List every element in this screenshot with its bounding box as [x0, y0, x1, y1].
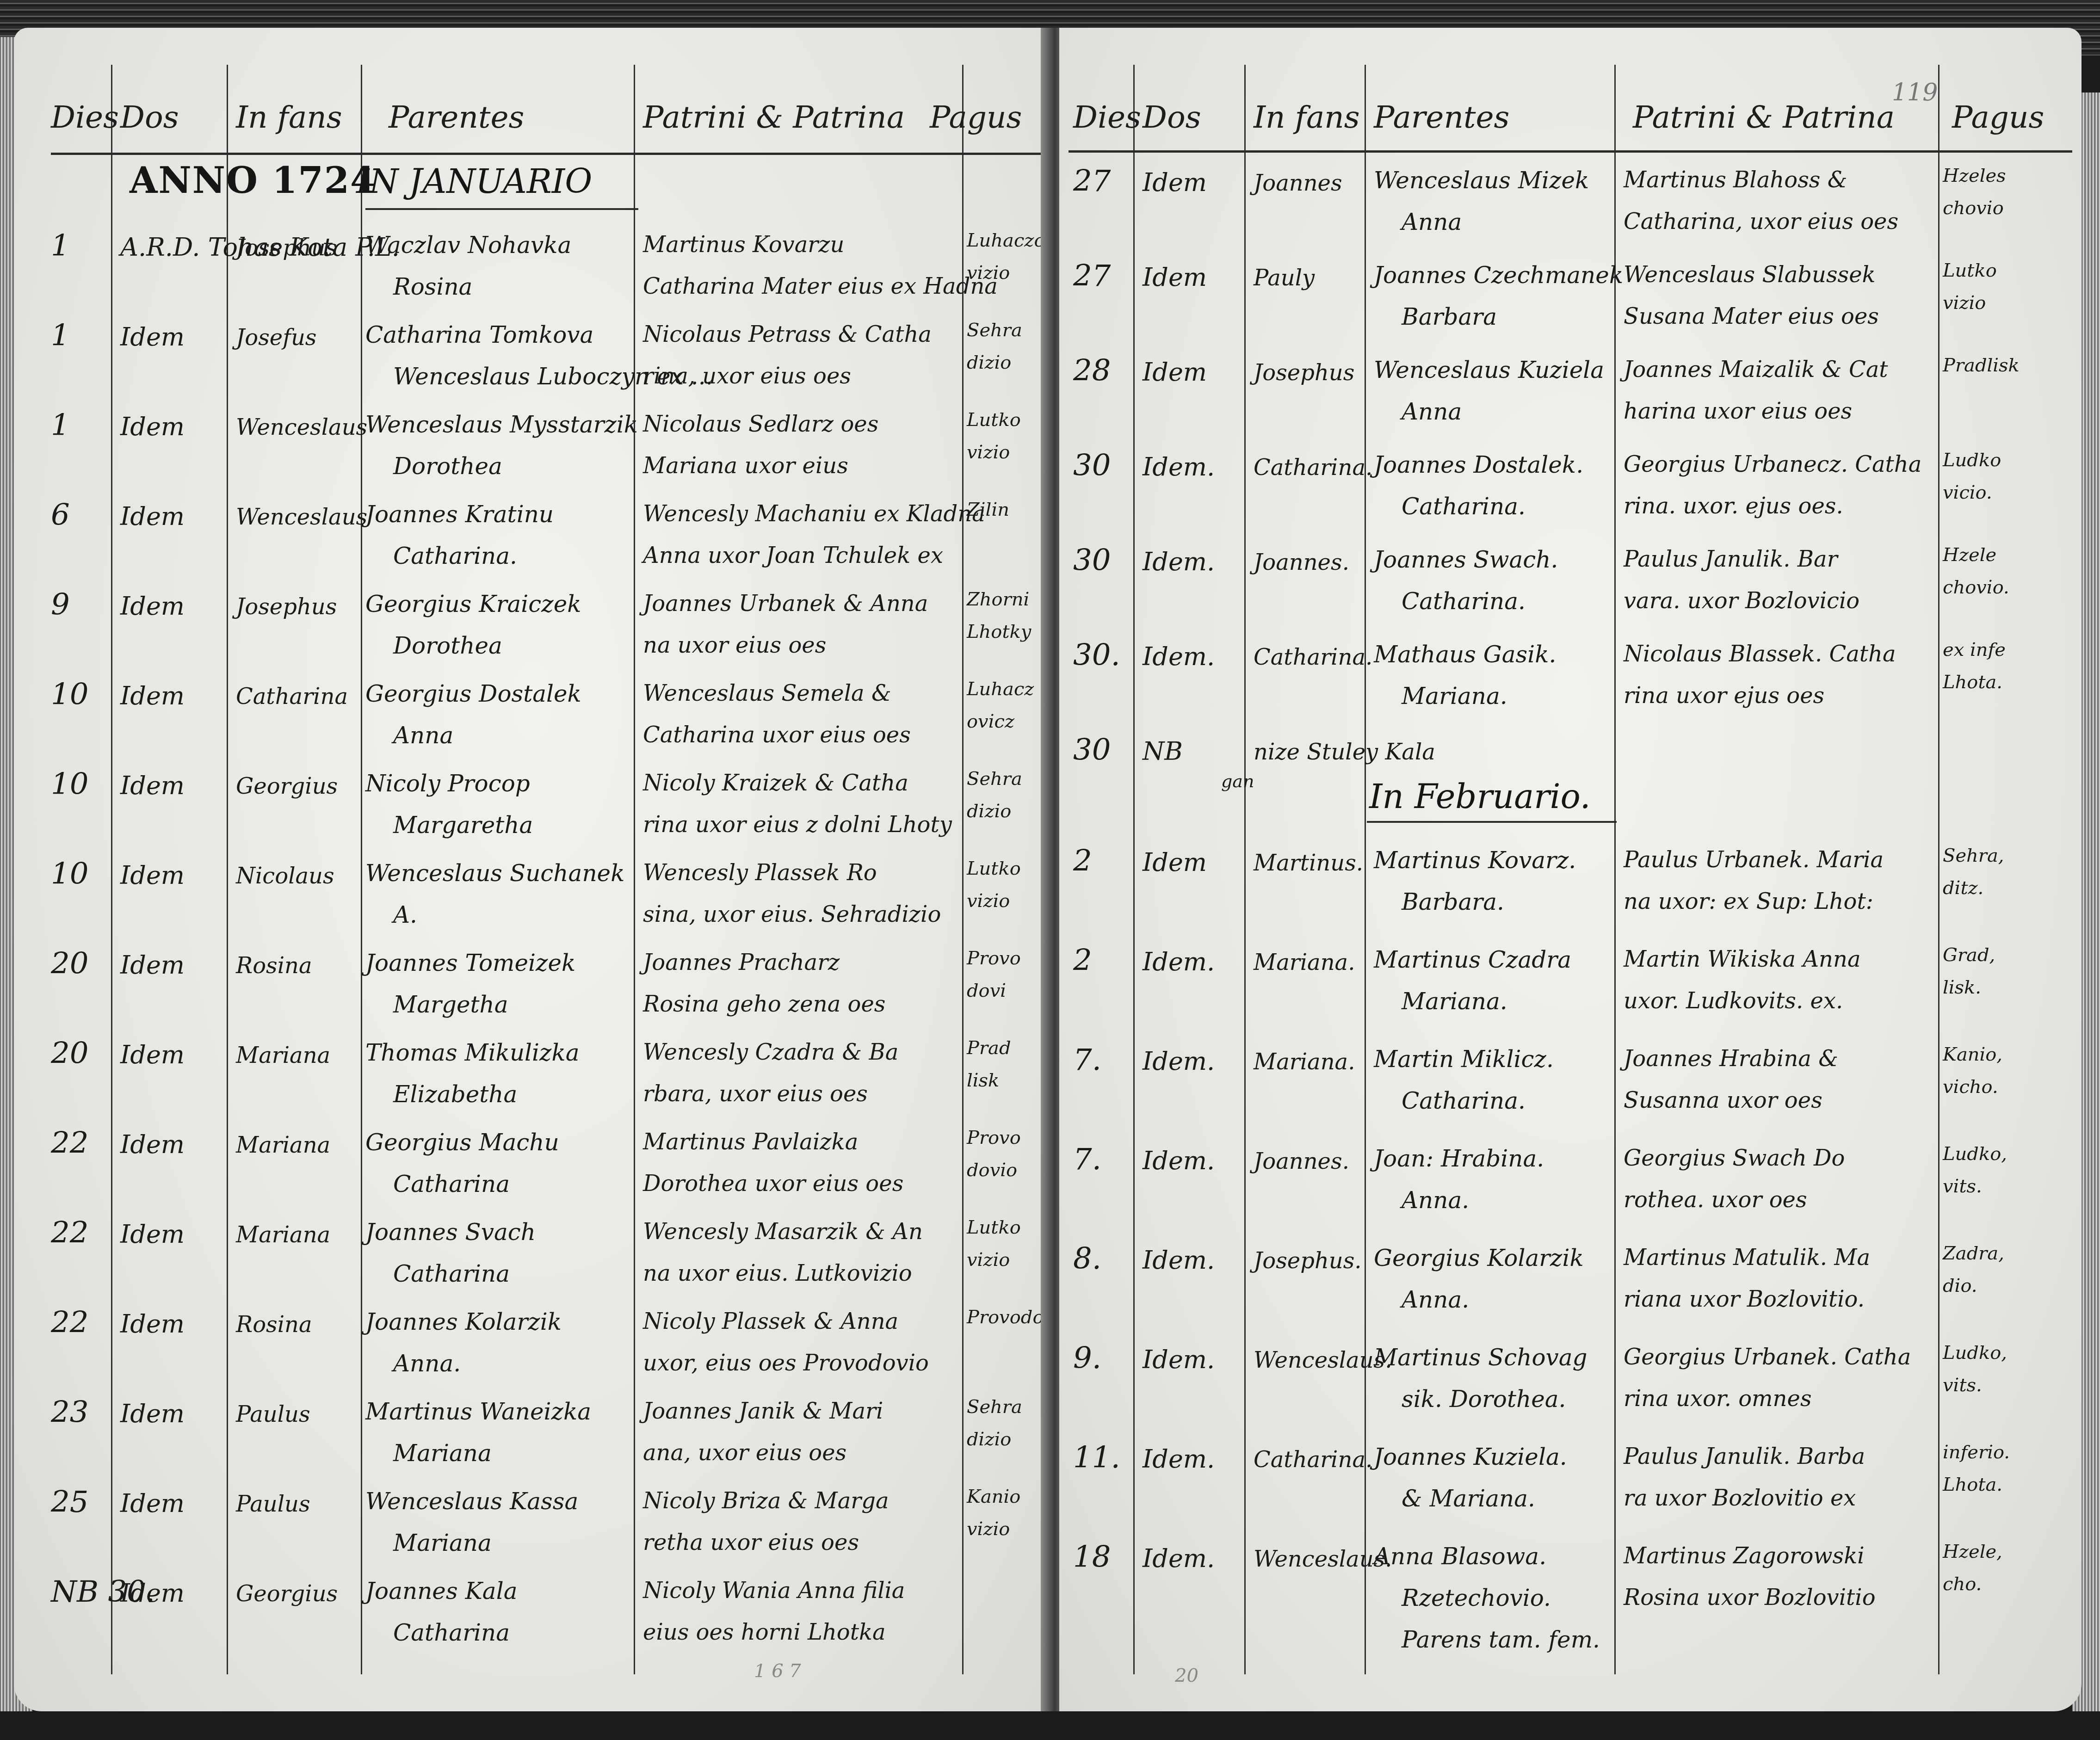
infant-cell: Mariana. [1254, 1051, 1355, 1073]
column-divider [111, 65, 112, 1674]
parent-line: Elizabetha [393, 1083, 517, 1106]
infant-cell: Wenceslaus. [1254, 1548, 1392, 1570]
header-dos: Dos [120, 99, 179, 135]
village-cell: Provo [967, 949, 1021, 968]
village-cell: Lutko [967, 411, 1021, 429]
parent-line: Martinus Czadra [1374, 948, 1571, 971]
village-cell: Kanio, [1943, 1045, 2002, 1064]
parent-line: Mariana. [1402, 990, 1507, 1013]
sponsor-line: Joannes Maizalik & Cat [1624, 358, 1888, 381]
village-cell: Kanio [967, 1487, 1020, 1506]
dos-cell: NB [1143, 739, 1183, 764]
village-cell: Provo [967, 1129, 1021, 1147]
header-dies: Dies [1073, 99, 1141, 135]
sponsor-line: Martin Wikiska Anna [1624, 948, 1861, 970]
parent-line: Anna [393, 724, 453, 747]
parent-line: sik. Dorothea. [1402, 1388, 1566, 1411]
sponsor-line: uxor, eius oes Provodovio [643, 1352, 929, 1374]
day-cell: 2 [1073, 846, 1092, 876]
day-cell: 9 [51, 590, 70, 620]
village-cell: Lutko [1943, 261, 1997, 280]
right-page: Dies Dos In fans Parentes Patrini & Patr… [1059, 28, 2081, 1711]
parent-line: Barbara. [1402, 890, 1504, 913]
parent-line: Anna [1402, 400, 1462, 423]
infant-cell: Wenceslaus. [1254, 1349, 1392, 1371]
infant-cell: Catharina. [1254, 457, 1372, 479]
parent-line: Joannes Dostalek. [1374, 453, 1583, 476]
parent-line: Mariana. [1402, 685, 1507, 708]
dos-cell: Idem. [1143, 1148, 1215, 1173]
infant-cell: Mariana. [1254, 951, 1355, 974]
village-cell: Ludko, [1943, 1145, 2007, 1163]
sponsor-line: Martinus Matulik. Ma [1624, 1246, 1870, 1269]
village-cell: Hzele [1943, 546, 1996, 564]
sponsor-line: rothea. uxor oes [1624, 1189, 1807, 1211]
column-divider [634, 65, 635, 1674]
sponsor-line: Rosina geho zena oes [643, 993, 885, 1015]
village-cell: vicio. [1943, 483, 1992, 502]
parent-line: Wenceslaus Kassa [365, 1490, 578, 1513]
day-cell: 7. [1073, 1145, 1101, 1174]
sponsor-line: Catharina, uxor eius oes [1624, 210, 1898, 233]
parent-line: Nicoly Procop [365, 772, 530, 795]
sponsor-line: na uxor eius. Lutkovizio [643, 1262, 912, 1284]
day-cell: 1 [51, 411, 70, 440]
village-cell: Provodovio [967, 1308, 1050, 1327]
village-cell: vizio [967, 264, 1010, 282]
sponsor-line: rina uxor. omnes [1624, 1388, 1812, 1410]
parent-line: Joannes Kratinu [365, 503, 554, 526]
village-cell: Ludko, [1943, 1344, 2007, 1362]
day-cell: 22 [51, 1218, 88, 1248]
day-cell: 10 [51, 680, 88, 710]
column-divider [227, 65, 228, 1674]
parent-line: Joannes Kolarzik [365, 1310, 562, 1333]
parent-line: Wenceslaus Suchanek [365, 862, 624, 885]
sponsor-line: Susana Mater eius oes [1624, 305, 1879, 327]
dos-cell: Idem [120, 1043, 185, 1067]
infant-cell: Mariana [236, 1224, 330, 1246]
village-cell: vizio [967, 1251, 1010, 1269]
parent-line: & Mariana. [1402, 1487, 1535, 1510]
day-cell: 6 [51, 500, 70, 530]
infant-cell: Josefus [236, 327, 317, 349]
sponsor-line: Nicolaus Sedlarz oes [643, 413, 878, 435]
month-underline [1367, 821, 1617, 823]
village-cell: Lutko [967, 859, 1021, 878]
parent-line: Catharina [393, 1172, 510, 1196]
dos-cell: Idem [120, 684, 185, 709]
dos-cell: Idem [120, 863, 185, 888]
infant-cell: Josephus [1254, 362, 1354, 384]
dos-cell: Idem [1143, 265, 1207, 290]
column-divider [361, 65, 362, 1674]
month-heading-february: In Februario. [1369, 777, 1591, 816]
village-cell: vits. [1943, 1177, 1982, 1196]
village-cell: dizio [967, 802, 1011, 821]
day-cell: 25 [51, 1487, 88, 1517]
sponsor-line: Martinus Zagorowski [1624, 1545, 1865, 1567]
village-cell: Grad, [1943, 946, 1995, 964]
parent-line: Joannes Swach. [1374, 548, 1558, 571]
dos-cell: Idem [120, 953, 185, 978]
village-cell: vicho. [1943, 1078, 1998, 1096]
parent-line: A. [393, 903, 417, 926]
parent-line: Margetha [393, 993, 508, 1016]
parent-line: Catharina. [1402, 590, 1526, 613]
village-cell: Sehra [967, 1398, 1022, 1416]
day-cell: 27 [1073, 167, 1111, 196]
village-cell: vizio [967, 892, 1010, 910]
village-cell: ovicz [967, 712, 1014, 731]
day-cell: 10 [51, 770, 88, 799]
dos-cell: Idem [1143, 170, 1207, 195]
sponsor-line: Mariana uxor eius [643, 455, 848, 477]
day-cell: 8. [1073, 1244, 1101, 1274]
sponsor-line: Wencesly Masarzik & An [643, 1221, 923, 1243]
infant-cell: Rosina [236, 1314, 312, 1336]
village-cell: Zadra, [1943, 1244, 2004, 1263]
parent-line: Joan: Hrabina. [1374, 1147, 1544, 1170]
infant-cell: Catharina. [1254, 1449, 1372, 1471]
village-cell: chovio. [1943, 578, 2009, 597]
parent-line: Anna Blasowa. [1374, 1545, 1546, 1568]
sponsor-line: rina uxor ejus oes [1624, 685, 1824, 707]
dos-cell: Idem [120, 1491, 185, 1516]
parent-line: Martin Miklicz. [1374, 1048, 1554, 1071]
sponsor-line: Susanna uxor oes [1624, 1089, 1822, 1111]
dos-cell: Idem [1143, 360, 1207, 385]
village-cell: Hzeles [1943, 167, 2006, 185]
sponsor-line: Wenceslaus Slabussek [1624, 264, 1876, 286]
day-cell: 20 [51, 1039, 88, 1068]
sponsor-line: na uxor: ex Sup: Lhot: [1624, 890, 1873, 913]
infant-cell: Paulus [236, 1493, 310, 1515]
parent-line: Catharina [393, 1621, 510, 1644]
parent-line: Rosina [393, 275, 472, 298]
parent-line: Joannes Kala [365, 1580, 517, 1603]
village-cell: Pradlisk [1943, 356, 2020, 375]
infant-cell: Josephus. [1254, 1250, 1362, 1272]
village-cell: dizio [967, 1430, 1011, 1449]
sponsor-line: Rosina uxor Bozlovitio [1624, 1586, 1876, 1609]
dos-cell: Idem [120, 504, 185, 529]
day-cell: 22 [51, 1308, 88, 1338]
infant-cell: Joannes [1254, 172, 1342, 194]
sponsor-line: Joannes Hrabina & [1624, 1048, 1838, 1070]
month-underline [365, 208, 638, 210]
parent-line: Anna [1402, 210, 1462, 234]
sponsor-line: Nicoly Briza & Marga [643, 1490, 889, 1512]
dos-cell: Idem [120, 1312, 185, 1337]
parent-line: Dorothea [393, 634, 502, 657]
sponsor-line: sina, uxor eius. Sehradizio [643, 903, 941, 926]
parent-line: Martinus Waneizka [365, 1400, 591, 1423]
left-page: Dies Dos In fans Parentes Patrini & Patr… [14, 28, 1050, 1711]
sponsor-line: na uxor eius oes [643, 634, 826, 656]
village-cell: Sehra [967, 770, 1022, 788]
dos-cell: Idem [120, 1581, 185, 1606]
column-divider [1133, 65, 1135, 1674]
village-cell: vizio [967, 1520, 1010, 1538]
sponsor-line: Nicoly Kraizek & Catha [643, 772, 908, 794]
sponsor-line: Joannes Pracharz [643, 951, 840, 974]
sponsor-line: harina uxor eius oes [1624, 400, 1852, 422]
infant-cell: Josephus [236, 237, 337, 259]
sponsor-line: Dorothea uxor eius oes [643, 1172, 903, 1195]
dos-cell: Idem [120, 414, 185, 439]
parent-line: Mariana [393, 1442, 492, 1465]
day-cell: 1 [51, 321, 70, 351]
sponsor-line: Georgius Urbanek. Catha [1624, 1346, 1911, 1368]
dos-cell: Idem [120, 1222, 185, 1247]
day-cell: 1 [51, 231, 70, 261]
parent-line: Joannes Tomeizek [365, 951, 575, 975]
parent-line: Thomas Mikulizka [365, 1041, 580, 1064]
village-cell: Lhota. [1943, 673, 2002, 691]
village-cell: dovio [967, 1161, 1017, 1179]
village-cell: Lhota. [1943, 1475, 2002, 1494]
parent-line: Anna. [393, 1352, 461, 1375]
day-cell: 20 [51, 949, 88, 979]
sponsor-line: Wencesly Machaniu ex Kladna [643, 503, 985, 525]
sponsor-line: Nicolaus Blassek. Catha [1624, 643, 1896, 665]
column-divider [1614, 65, 1616, 1674]
dos-cell: Idem [120, 1401, 185, 1426]
day-cell: 18 [1073, 1543, 1111, 1572]
sponsor-line: eius oes horni Lhotka [643, 1621, 886, 1643]
village-cell: Hzele, [1943, 1543, 2002, 1561]
header-rule [1069, 150, 2072, 153]
infant-cell: Wenceslaus [236, 416, 367, 438]
infant-cell: Georgius [236, 1583, 338, 1605]
dos-cell: Idem [120, 325, 185, 350]
village-cell: chovio [1943, 199, 2004, 217]
infant-cell: Rosina [236, 955, 312, 977]
infant-cell: Martinus. [1254, 852, 1363, 874]
year-heading: ANNO 1724 [130, 160, 376, 202]
column-divider [1365, 65, 1366, 1674]
sponsor-line: rina. uxor. ejus oes. [1624, 495, 1843, 517]
day-cell: 9. [1073, 1344, 1101, 1373]
parent-line: Martinus Schovag [1374, 1346, 1587, 1369]
infant-cell: Mariana [236, 1134, 330, 1156]
parent-line: Parens tam. fem. [1402, 1628, 1600, 1651]
infant-cell: Catharina. [1254, 646, 1372, 668]
header-dos: Dos [1143, 99, 1201, 135]
parent-line: Catharina. [1402, 495, 1526, 518]
parent-line: Anna. [1402, 1189, 1469, 1212]
dos-cell: Idem. [1143, 455, 1215, 480]
village-cell: lisk [967, 1071, 999, 1090]
header-pagus: Pagus [930, 99, 1022, 135]
village-cell: vizio [967, 443, 1010, 462]
day-cell: 22 [51, 1129, 88, 1158]
village-cell: ex infe [1943, 641, 2006, 659]
sponsor-line: Georgius Swach Do [1624, 1147, 1845, 1169]
sponsor-line: Wencesly Czadra & Ba [643, 1041, 898, 1063]
sponsor-line: Joannes Urbanek & Anna [643, 592, 928, 615]
infant-cell: nize Stuley Kala [1254, 741, 1435, 763]
infant-cell: Joannes. [1254, 551, 1349, 574]
village-cell: vits. [1943, 1376, 1982, 1394]
infant-cell: Catharina [236, 685, 348, 708]
sponsor-line: Joannes Janik & Mari [643, 1400, 883, 1422]
village-cell: dio. [1943, 1277, 1977, 1295]
header-rule [51, 153, 1045, 155]
parent-line: Wenceslaus Mizek [1374, 169, 1589, 192]
sponsor-line: rina uxor eius z dolni Lhoty [643, 814, 952, 836]
header-pagus: Pagus [1952, 99, 2044, 135]
sponsor-line: Paulus Janulik. Bar [1624, 548, 1838, 570]
village-cell: Zhorni [967, 590, 1029, 609]
parent-line: Margaretha [393, 814, 533, 837]
parent-line: Martinus Kovarz. [1374, 849, 1576, 872]
day-cell: 30. [1073, 641, 1120, 670]
day-cell: 10 [51, 859, 88, 889]
pencil-note: 20 [1175, 1665, 1198, 1686]
infant-cell: Mariana [236, 1044, 330, 1067]
dos-cell: Idem. [1143, 1447, 1215, 1472]
infant-cell: Josephus [236, 596, 337, 618]
parent-line: Catharina Tomkova [365, 323, 593, 346]
dos-cell: Idem. [1143, 1049, 1215, 1074]
sponsor-line: Martinus Pavlaizka [643, 1131, 858, 1153]
parent-line: Catharina [393, 1262, 510, 1285]
sponsor-line: Wenceslaus Semela & [643, 682, 891, 704]
dos-cell: Idem [120, 594, 185, 619]
parent-line: Dorothea [393, 455, 502, 478]
parent-line: Rzetechovio. [1402, 1586, 1551, 1610]
village-cell: Lutko [967, 1218, 1021, 1237]
parent-line: Joannes Czechmanek [1374, 264, 1623, 287]
page-number: 119 [1892, 79, 1938, 106]
village-cell: Lhotky [967, 623, 1031, 641]
day-cell: 27 [1073, 261, 1111, 291]
parent-line: Georgius Kolarzik [1374, 1246, 1584, 1270]
sponsor-line: ana, uxor eius oes [643, 1442, 846, 1464]
day-cell: 30 [1073, 451, 1111, 481]
village-cell: Luhaczo [967, 231, 1045, 250]
dos-cell: Idem. [1143, 1347, 1215, 1372]
header-parentes: Parentes [1374, 99, 1509, 135]
infant-cell: Georgius [236, 775, 338, 797]
infant-cell: Nicolaus [236, 865, 334, 887]
dos-cell: Idem. [1143, 1546, 1215, 1571]
parent-line: Georgius Dostalek [365, 682, 581, 705]
village-cell: cho. [1943, 1575, 1982, 1593]
village-cell: Ludko [1943, 451, 2001, 469]
dos-cell: Idem. [1143, 549, 1215, 574]
village-cell: Sehra [967, 321, 1022, 339]
sponsor-line: ra uxor Bozlovitio ex [1624, 1487, 1856, 1509]
margin-note: gan [1221, 772, 1254, 790]
village-cell: ditz. [1943, 879, 1983, 897]
sponsor-line: vara. uxor Bozlovicio [1624, 590, 1859, 612]
sponsor-line: Anna uxor Joan Tchulek ex [643, 544, 943, 567]
village-cell: dovi [967, 981, 1006, 1000]
parent-line: Joannes Svach [365, 1221, 536, 1244]
village-cell: Luhacz [967, 680, 1034, 698]
village-cell: Prad [967, 1039, 1011, 1057]
parent-line: Catharina. [1402, 1089, 1526, 1112]
parent-line: Mathaus Gasik. [1374, 643, 1556, 666]
month-heading-january: IN JANUARIO [356, 162, 592, 201]
infant-cell: Wenceslaus [236, 506, 367, 528]
parent-line: Barbara [1402, 305, 1497, 328]
village-cell: dizio [967, 353, 1011, 372]
infant-cell: Joannes. [1254, 1150, 1349, 1172]
day-cell: 11. [1073, 1443, 1120, 1473]
sponsor-line: Martinus Kovarzu [643, 234, 844, 256]
parent-line: Georgius Kraiczek [365, 592, 581, 616]
column-divider [962, 65, 964, 1674]
day-cell: 23 [51, 1398, 88, 1427]
dos-cell: Idem. [1143, 644, 1215, 669]
village-cell: Zilin [967, 500, 1009, 519]
sponsor-line: riana uxor Bozlovitio. [1624, 1288, 1865, 1310]
parent-line: Wenceslaus Mysstarzik [365, 413, 638, 436]
sponsor-line: Catharina Mater eius ex Hadna [643, 275, 998, 297]
sponsor-line: Paulus Janulik. Barba [1624, 1445, 1865, 1468]
day-cell: 7. [1073, 1045, 1101, 1075]
day-cell: 30 [1073, 546, 1111, 575]
infant-cell: Paulus [236, 1403, 310, 1425]
margin-note: 1 6 7 [754, 1660, 801, 1682]
sponsor-line: Wencesly Plassek Ro [643, 862, 877, 884]
sponsor-line: Paulus Urbanek. Maria [1624, 849, 1884, 871]
village-cell: vizio [1943, 294, 1986, 312]
village-cell: Sehra, [1943, 846, 2004, 865]
sponsor-line: retha uxor eius oes [643, 1531, 859, 1554]
dos-cell: Idem [120, 1132, 185, 1157]
parent-line: Catharina. [393, 544, 517, 568]
infant-cell: Pauly [1254, 267, 1315, 289]
header-infans: In fans [1254, 99, 1360, 135]
sponsor-line: Georgius Urbanecz. Catha [1624, 453, 1921, 475]
dos-cell: Idem [1143, 850, 1207, 875]
village-cell: lisk. [1943, 978, 1981, 997]
sponsor-line: Martinus Blahoss & [1624, 169, 1847, 191]
dos-cell: Idem [120, 773, 185, 798]
sponsor-line: Nicolaus Petrass & Catha [643, 323, 932, 346]
sponsor-line: rbara, uxor eius oes [643, 1083, 868, 1105]
header-patrini: Patrini & Patrina [643, 99, 905, 135]
column-divider [1244, 65, 1246, 1674]
header-parentes: Parentes [389, 99, 524, 135]
parent-line: Georgius Machu [365, 1131, 559, 1154]
header-infans: In fans [236, 99, 342, 135]
day-cell: 30 [1073, 735, 1111, 765]
sponsor-line: uxor. Ludkovits. ex. [1624, 990, 1843, 1012]
parent-line: Wenceslaus Kuziela [1374, 358, 1604, 382]
parent-line: Anna. [1402, 1288, 1469, 1311]
sponsor-line: Nicoly Plassek & Anna [643, 1310, 898, 1333]
parent-line: Waczlav Nohavka [365, 234, 571, 257]
village-cell: inferio. [1943, 1443, 2010, 1462]
parent-line: Joannes Kuziela. [1374, 1445, 1567, 1469]
parent-line: Mariana [393, 1531, 492, 1555]
dos-cell: Idem. [1143, 1248, 1215, 1273]
header-patrini: Patrini & Patrina [1633, 99, 1895, 135]
sponsor-line: rina, uxor eius oes [643, 365, 851, 387]
sponsor-line: Nicoly Wania Anna filia [643, 1580, 905, 1602]
dos-cell: Idem. [1143, 950, 1215, 975]
column-divider [1938, 65, 1939, 1674]
day-cell: 2 [1073, 946, 1092, 975]
day-cell: 28 [1073, 356, 1111, 386]
sponsor-line: Catharina uxor eius oes [643, 724, 911, 746]
